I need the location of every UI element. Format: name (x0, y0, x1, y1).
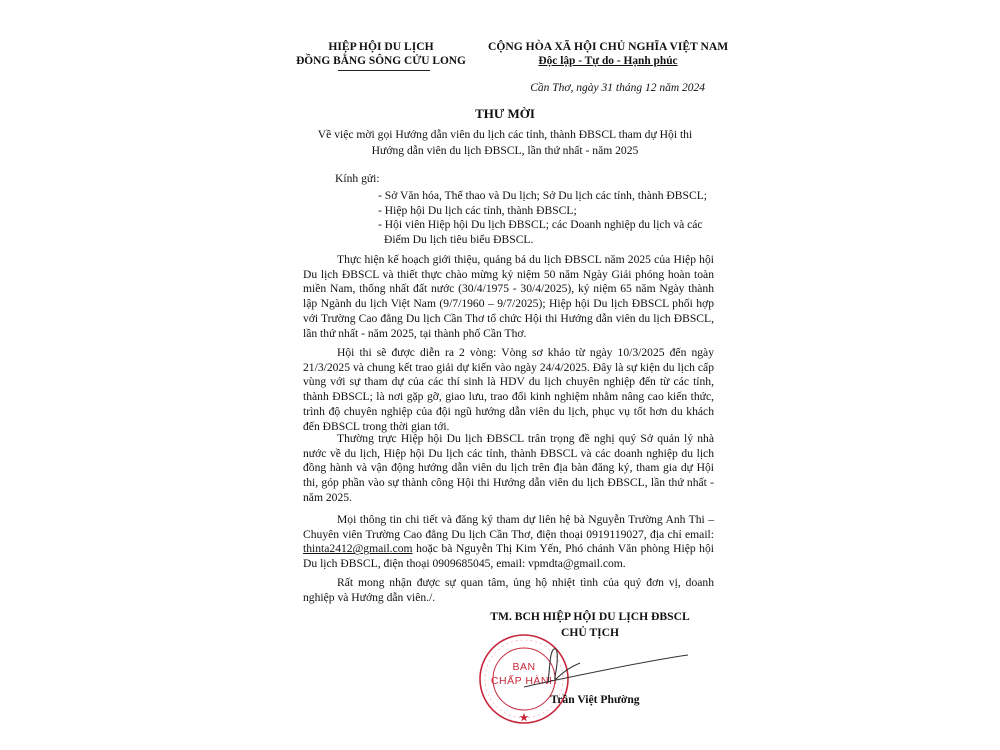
paragraph-closing: Rất mong nhận được sự quan tâm, ủng hộ n… (303, 576, 714, 605)
issuing-organization: HIỆP HỘI DU LỊCH ĐỒNG BẰNG SÔNG CỬU LONG (296, 40, 466, 68)
recipient-item: - Sở Văn hóa, Thể thao và Du lịch; Sở Du… (378, 189, 714, 204)
place-date: Cần Thơ, ngày 31 tháng 12 năm 2024 (490, 82, 705, 94)
recipient-list: - Sở Văn hóa, Thể thao và Du lịch; Sở Du… (378, 189, 714, 247)
nation-name: CỘNG HÒA XÃ HỘI CHỦ NGHĨA VIỆT NAM (488, 40, 728, 54)
org-underline (338, 70, 430, 71)
signatory-name: Trần Việt Phường (520, 693, 670, 706)
signatory-organization: TM. BCH HIỆP HỘI DU LỊCH ĐBSCL (470, 610, 710, 623)
org-name-line1: HIỆP HỘI DU LỊCH (296, 40, 466, 54)
paragraph-request: Thường trực Hiệp hội Du lịch ĐBSCL trân … (303, 432, 714, 506)
letter-subject: Về việc mời gọi Hướng dẫn viên du lịch c… (300, 127, 710, 159)
org-name-line2: ĐỒNG BẰNG SÔNG CỬU LONG (296, 54, 466, 68)
paragraph-schedule: Hội thi sẽ được diễn ra 2 vòng: Vòng sơ … (303, 346, 714, 434)
recipient-item: - Hội viên Hiệp hội Du lịch ĐBSCL; các D… (378, 218, 714, 247)
contact-email-link[interactable]: thinta2412@gmail.com (303, 542, 413, 555)
recipient-item: - Hiệp hội Du lịch các tỉnh, thành ĐBSCL… (378, 204, 714, 219)
paragraph-purpose: Thực hiện kế hoạch giới thiệu, quảng bá … (303, 253, 714, 341)
greeting: Kính gửi: (335, 172, 380, 185)
contact-text-before: Mọi thông tin chi tiết và đăng ký tham d… (303, 513, 714, 541)
paragraph-contact: Mọi thông tin chi tiết và đăng ký tham d… (303, 513, 714, 572)
national-heading: CỘNG HÒA XÃ HỘI CHỦ NGHĨA VIỆT NAM Độc l… (488, 40, 728, 68)
national-motto: Độc lập - Tự do - Hạnh phúc (488, 54, 728, 68)
subject-line-1: Về việc mời gọi Hướng dẫn viên du lịch c… (300, 127, 710, 143)
letter-title: THƯ MỜI (300, 106, 710, 122)
subject-line-2: Hướng dẫn viên du lịch ĐBSCL, lần thứ nh… (300, 143, 710, 159)
letter-page: HIỆP HỘI DU LỊCH ĐỒNG BẰNG SÔNG CỬU LONG… (0, 0, 1000, 750)
